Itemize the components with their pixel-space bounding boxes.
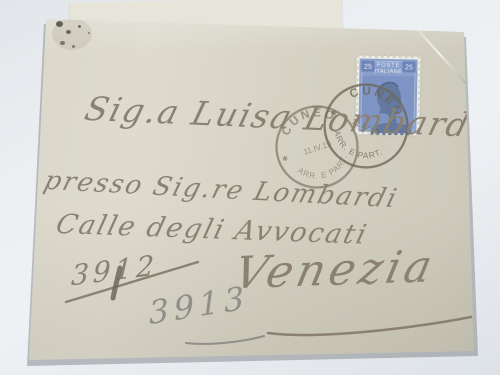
postmark-left-star: ✱ [281,153,290,163]
pencil-number: 3913 [148,281,250,329]
ink-smudge [52,18,92,50]
envelope: 25 25 POSTE ITALIANE CUNEO ARR. E PART. … [0,0,500,375]
stamp-inscription-2: ITALIANE [374,69,402,75]
address-recipient: Sig.a Luisa Lombardi [82,92,487,142]
stamp-value-left: 25 [364,64,372,71]
stamp-value-right: 25 [405,64,413,71]
address-city: Venezia [231,245,440,296]
address-street: Calle degli Avvocati [53,211,370,249]
address-number-crossed-out: 3912 [71,251,159,290]
photo-of-envelope: 25 25 POSTE ITALIANE CUNEO ARR. E PART. … [0,0,500,375]
stamp-inscription-1: POSTE [377,62,401,68]
